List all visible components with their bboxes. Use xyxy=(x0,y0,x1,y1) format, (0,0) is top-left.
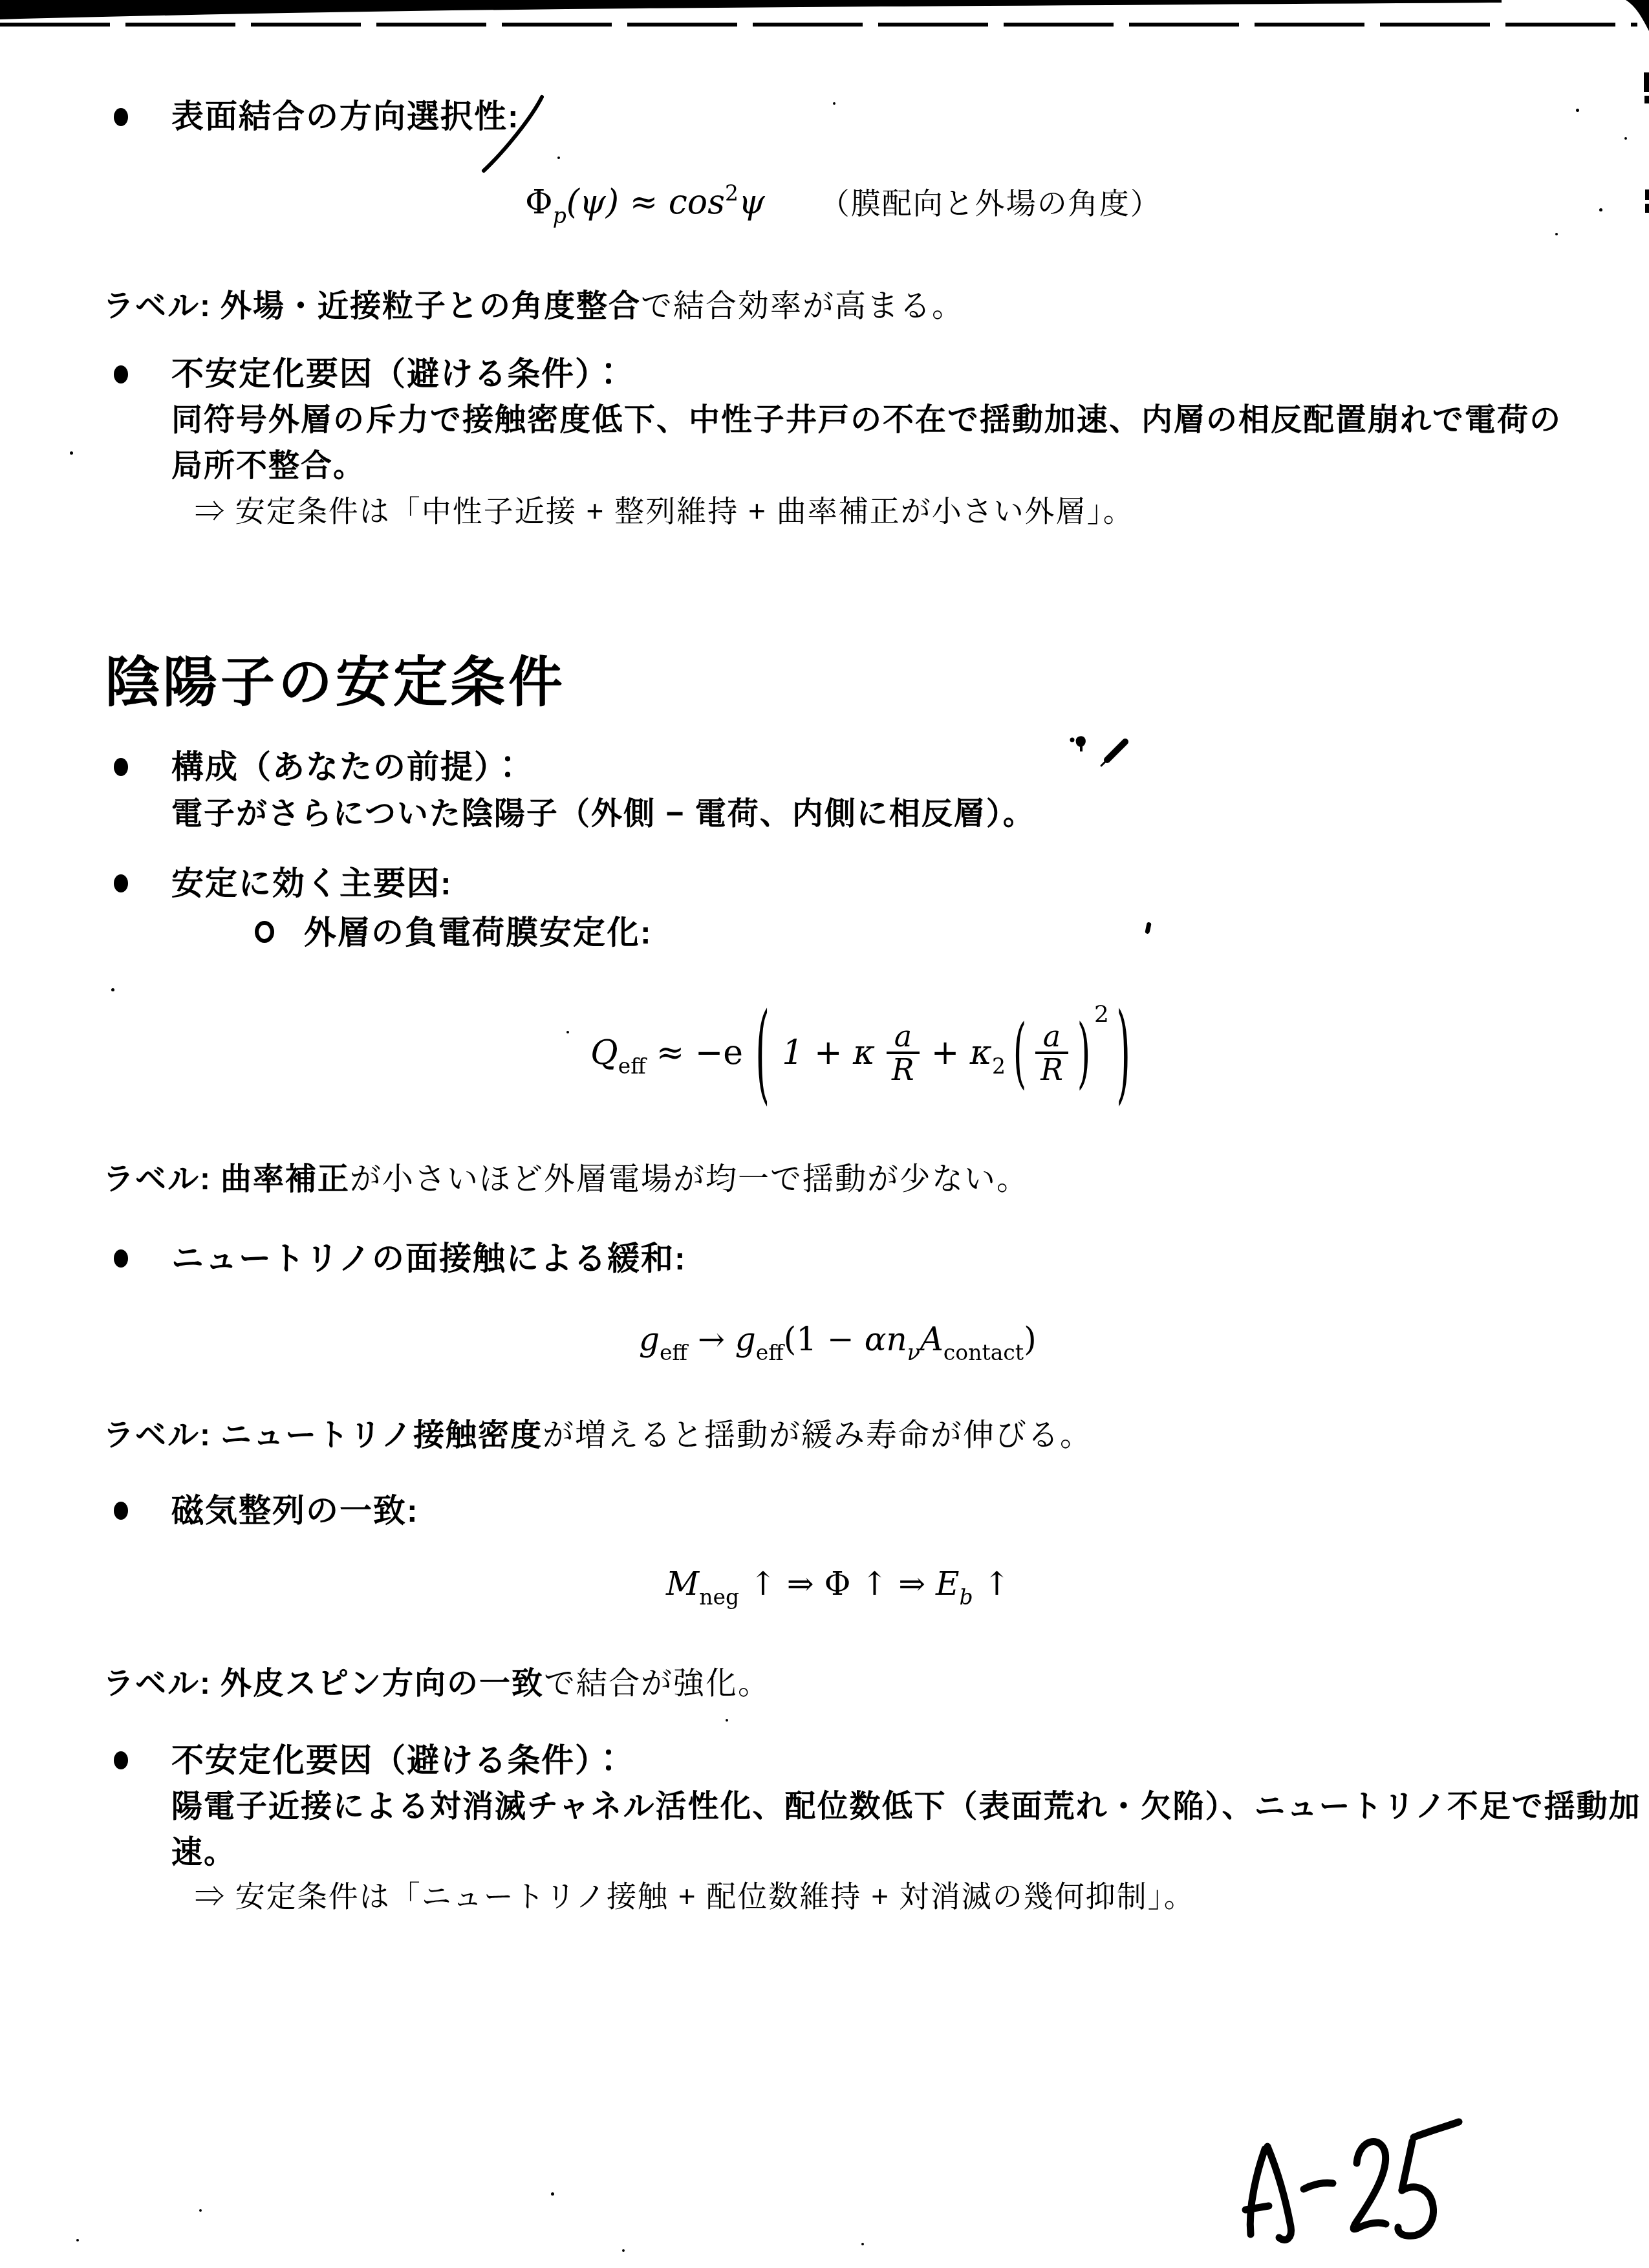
scan-noise-dot xyxy=(861,2243,864,2245)
approx-minus-e: ≈ −e xyxy=(656,1033,743,1072)
scan-artifact-right-edge xyxy=(1644,72,1649,92)
b-subscript: b xyxy=(960,1584,973,1610)
fraction-numerator: a xyxy=(889,1021,917,1052)
open-paren-mid: ( xyxy=(1013,1015,1027,1091)
up-arrow: ↑ xyxy=(973,1565,1011,1603)
neg-subscript: neg xyxy=(699,1584,739,1610)
A-symbol: A xyxy=(920,1321,943,1358)
label-line-3: ラベル:ニュートリノ接触密度が増えると揺動が緩み寿命が伸びる。 xyxy=(103,1410,1092,1454)
bullet-icon xyxy=(114,365,128,383)
label-prefix: ラベル: xyxy=(103,289,211,323)
scan-noise-dot xyxy=(551,2192,554,2196)
fraction-a-over-R: a R xyxy=(1035,1021,1068,1086)
label-line-2: ラベル:曲率補正が小さいほど外層電場が均一で揺動が少ない。 xyxy=(103,1154,1029,1198)
label-prefix: ラベル: xyxy=(103,1418,211,1453)
bullet-composition-title: 構成（あなたの前提）： xyxy=(171,741,525,788)
label-prefix: ラベル: xyxy=(103,1162,211,1196)
contact-subscript: contact xyxy=(943,1340,1024,1365)
scan-artifact-dashed-line xyxy=(0,23,1637,27)
fraction-a-over-R: a R xyxy=(887,1021,920,1086)
destabilization2-body-line1: 陽電子近接による対消滅チャネル活性化、配位数低下（表面荒れ・欠陥）、ニュートリノ… xyxy=(171,1781,1641,1826)
label-keyword: 曲率補正 xyxy=(221,1162,350,1196)
q-subscript: eff xyxy=(618,1053,646,1079)
bullet-main-factors-title: 安定に効く主要因: xyxy=(171,858,453,904)
bullet-magnetic-title: 磁気整列の一致: xyxy=(171,1485,419,1531)
label-rest: で結合効率が高まる。 xyxy=(641,289,964,323)
bullet-destabilization2-title: 不安定化要因（避ける条件）： xyxy=(171,1734,626,1781)
bullet-direction-title: 表面結合の方向選択性: xyxy=(171,91,520,137)
label-line-1: ラベル:外場・近接粒子との角度整合で結合効率が高まる。 xyxy=(103,281,964,325)
scan-artifact-apostrophe xyxy=(1145,922,1152,934)
formula-note: （膜配向と外場の角度） xyxy=(820,186,1161,220)
exponent: 2 xyxy=(725,180,738,206)
stability-conclusion-line-2: ⇒ 安定条件は「ニュートリノ接触 + 配位数維持 + 対消滅の幾何抑制」。 xyxy=(195,1873,1195,1916)
psi-symbol: ψ xyxy=(738,183,765,222)
label-rest: で結合が強化。 xyxy=(544,1667,770,1701)
alpha-n: αn xyxy=(865,1321,907,1358)
handwritten-slash-mark xyxy=(479,92,550,176)
destabilization-body-line1: 同符号外層の斥力で接触密度低下、中性子井戸の不在で揺動加速、内層の相反配置崩れで… xyxy=(171,394,1562,439)
scan-noise-dot xyxy=(76,2239,79,2241)
scan-noise-dot xyxy=(833,102,835,105)
bullet-icon xyxy=(114,1751,128,1769)
formula-body: (ψ) ≈ cos xyxy=(566,183,725,222)
formula-direction-selectivity: Φp(ψ) ≈ cos2ψ（膜配向と外場の角度） xyxy=(525,180,1161,222)
scan-artifact-right-edge xyxy=(1645,189,1649,200)
fraction-denominator: R xyxy=(1035,1052,1068,1085)
close-paren: ) xyxy=(1024,1321,1037,1358)
label-keyword: 外皮スピン方向の一致 xyxy=(221,1667,544,1701)
scan-noise-dot xyxy=(566,1031,569,1033)
sub-bullet-icon xyxy=(255,921,274,943)
scan-noise-dot xyxy=(726,1719,728,1722)
formula-qeff: Qeff ≈ −e ( 1 + κ a R + κ2 ( a R ) 2 ) xyxy=(585,1001,1137,1105)
open-paren-one-minus: (1 − xyxy=(784,1321,865,1358)
phi-subscript: p xyxy=(553,203,566,228)
arrows-implies-phi: ↑ ⇒ Φ ↑ ⇒ xyxy=(739,1565,936,1603)
bullet-destabilization-title: 不安定化要因（避ける条件）： xyxy=(171,348,626,394)
close-paren-mid: ) xyxy=(1077,1015,1091,1091)
label-keyword: 外場・近接粒子との角度整合 xyxy=(221,289,641,323)
composition-body: 電子がさらについた陰陽子（外側 − 電荷、内側に相反層）。 xyxy=(171,788,1035,833)
formula-mneg: Mneg ↑ ⇒ Φ ↑ ⇒ Eb ↑ xyxy=(666,1565,1010,1603)
open-paren-big: ( xyxy=(755,999,770,1107)
g-subscript: eff xyxy=(756,1340,784,1365)
label-prefix: ラベル: xyxy=(103,1667,211,1701)
scan-noise-dot xyxy=(70,451,73,455)
bullet-icon xyxy=(114,1502,128,1520)
maps-to-arrow: → xyxy=(687,1321,735,1358)
fraction-numerator: a xyxy=(1038,1021,1066,1052)
scan-artifact-right-edge xyxy=(1645,204,1649,213)
scan-noise-dot xyxy=(199,2209,202,2212)
kappa2-subscript: 2 xyxy=(992,1053,1006,1079)
bullet-icon xyxy=(114,1249,128,1268)
one-plus-kappa: 1 + κ xyxy=(782,1033,875,1072)
scan-noise-dot xyxy=(1555,233,1558,235)
q-symbol: Q xyxy=(590,1033,618,1072)
fraction-denominator: R xyxy=(887,1052,920,1085)
squared-exponent: 2 xyxy=(1094,1001,1109,1028)
destabilization-body-line2: 局所不整合。 xyxy=(171,440,365,485)
plus-kappa2: + κ xyxy=(931,1033,992,1072)
g-subscript: eff xyxy=(660,1340,687,1365)
g-symbol: g xyxy=(735,1321,756,1358)
phi-symbol: Φ xyxy=(525,183,553,222)
label-line-4: ラベル:外皮スピン方向の一致で結合が強化。 xyxy=(103,1658,770,1703)
scan-artifact-top-band xyxy=(0,0,1649,41)
bullet-icon xyxy=(114,108,128,126)
g-symbol: g xyxy=(639,1321,660,1358)
scan-artifact-right-edge xyxy=(1644,96,1649,103)
handwritten-tick-marks xyxy=(1054,728,1138,786)
bullet-icon xyxy=(114,874,128,892)
scan-noise-dot xyxy=(1576,109,1579,112)
section-heading: 陰陽子の安定条件 xyxy=(105,639,566,717)
label-keyword: ニュートリノ接触密度 xyxy=(221,1418,543,1453)
scan-noise-dot xyxy=(1599,208,1602,211)
bullet-neutrino-title: ニュートリノの面接触による緩和: xyxy=(171,1233,687,1279)
E-symbol: E xyxy=(936,1565,960,1603)
scan-noise-dot xyxy=(1624,137,1627,140)
scan-noise-dot xyxy=(622,2249,625,2252)
close-paren-big: ) xyxy=(1116,999,1130,1107)
label-rest: が小さいほど外層電場が均一で揺動が少ない。 xyxy=(350,1162,1029,1196)
M-symbol: M xyxy=(666,1565,699,1603)
scan-noise-dot xyxy=(111,988,114,991)
formula-geff: geff → geff(1 − αnνAcontact) xyxy=(639,1321,1037,1358)
label-rest: が増えると揺動が緩み寿命が伸びる。 xyxy=(543,1418,1092,1453)
scan-noise-dot xyxy=(557,157,560,159)
bullet-icon xyxy=(114,758,128,776)
sub-bullet-charge-title: 外層の負電荷膜安定化: xyxy=(304,907,652,953)
stability-conclusion-line: ⇒ 安定条件は「中性子近接 + 整列維持 + 曲率補正が小さい外層」。 xyxy=(195,488,1134,530)
destabilization2-body-line2: 速。 xyxy=(171,1827,236,1872)
nu-subscript: ν xyxy=(907,1340,920,1365)
scanned-document-page: 表面結合の方向選択性: Φp(ψ) ≈ cos2ψ（膜配向と外場の角度） ラベル… xyxy=(0,0,1649,2268)
